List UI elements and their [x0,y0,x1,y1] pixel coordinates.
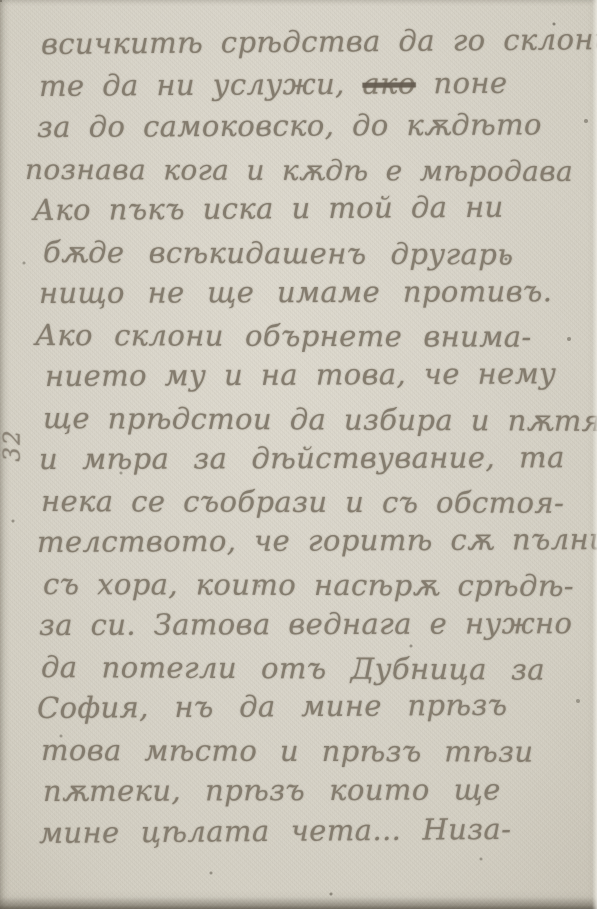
handwritten-text-block: всичкитѣ срѣдства да го склони- те да ни… [0,24,597,854]
handwritten-line: пѫтеки, прѣзъ които ще [43,769,597,812]
handwritten-line: за си. Затова веднага е нужно [39,603,597,646]
handwritten-line: ще прѣдстои да избира и пѫтя [43,398,597,442]
line-text: те да ни услужи, [39,66,363,102]
scanned-manuscript-page: 32 всичкитѣ срѣдства да го склони- те да… [0,0,597,909]
page-number-margin-note: 32 [0,428,26,461]
scan-dust-specks [0,0,2,2]
handwritten-line: съ хора, които насѣрѫ срѣдѣ- [43,564,597,607]
handwritten-line: познава кога и кѫдѣ е мѣродава [25,149,597,192]
handwritten-line: нието му и на това, че нему [45,353,597,397]
handwritten-line: мине цѣлата чета... Низа- [39,808,597,854]
struck-out-word: ако [362,66,416,100]
line-text: поне [416,65,508,100]
handwritten-line: телството, че горитѣ сѫ пълни [37,519,597,563]
handwritten-line: това мѣсто и прѣзъ тѣзи [41,730,597,773]
handwritten-line: София, нъ да мине прѣзъ [37,684,597,729]
handwritten-line: нищо не ще имаме противъ. [39,271,597,314]
handwritten-line: Ако склони обърнете внима- [35,315,597,358]
handwritten-line: бѫде всѣкидашенъ другарь [43,232,597,276]
handwritten-line: и мѣра за дѣйствувание, та [39,437,597,480]
handwritten-line: всичкитѣ срѣдства да го склони- [41,19,597,65]
handwritten-line: нека се съобрази и съ обстоя- [41,481,597,524]
handwritten-line: за до самоковско, до кѫдѣто [37,104,597,148]
handwritten-line: Ако пъкъ иска и той да ни [33,186,597,231]
handwritten-line: те да ни услужи, ако поне [39,62,597,107]
